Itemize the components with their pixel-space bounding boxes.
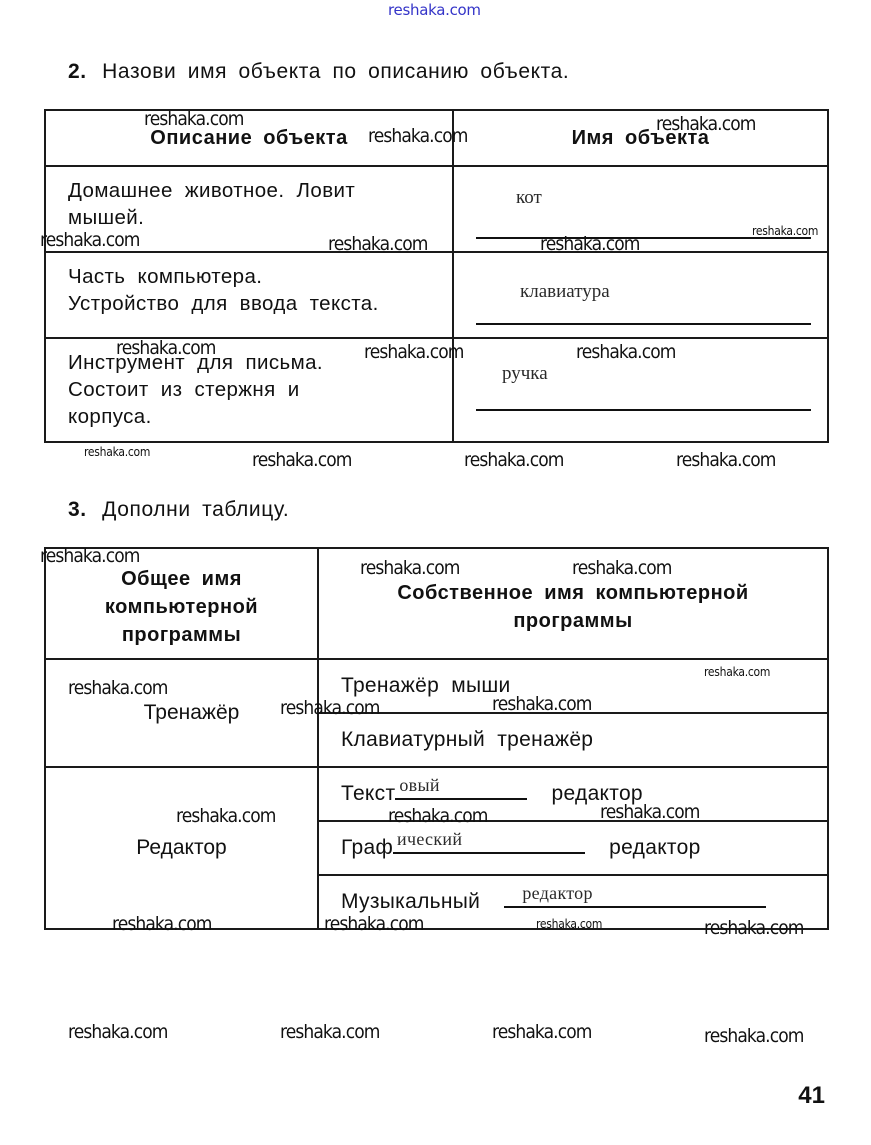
watermark: reshaka.com bbox=[600, 801, 700, 823]
general-name-cell: Тренажёр bbox=[45, 659, 318, 767]
watermark: reshaka.com bbox=[704, 917, 804, 939]
description-cell: Часть компьютера. Устройство для ввода т… bbox=[45, 252, 453, 338]
fill-in-blank[interactable]: ический bbox=[393, 830, 585, 854]
watermark: reshaka.com bbox=[704, 665, 770, 679]
answer-cell[interactable]: клавиатура bbox=[453, 252, 828, 338]
watermark: reshaka.com bbox=[360, 557, 460, 579]
watermark: reshaka.com bbox=[704, 1025, 804, 1047]
watermark: reshaka.com bbox=[464, 449, 564, 471]
general-name-cell: Редактор bbox=[45, 767, 318, 929]
answer-text: ручка bbox=[502, 363, 548, 385]
task3-instruction: Дополни таблицу. bbox=[102, 498, 289, 521]
task3-table: Общее имя компьютерной программы Собстве… bbox=[44, 547, 829, 930]
watermark: reshaka.com bbox=[576, 341, 676, 363]
watermark: reshaka.com bbox=[676, 449, 776, 471]
watermark: reshaka.com bbox=[364, 341, 464, 363]
table-row: Домашнее животное. Ловит мышей. кот bbox=[45, 166, 828, 252]
watermark: reshaka.com bbox=[656, 113, 756, 135]
table-row: Часть компьютера. Устройство для ввода т… bbox=[45, 252, 828, 338]
watermark: reshaka.com bbox=[176, 805, 276, 827]
watermark: reshaka.com bbox=[752, 224, 818, 238]
watermark: reshaka.com bbox=[572, 557, 672, 579]
watermark: reshaka.com bbox=[116, 337, 216, 359]
answer-line bbox=[476, 409, 811, 411]
watermark: reshaka.com bbox=[324, 913, 424, 935]
watermark: reshaka.com bbox=[40, 229, 140, 251]
watermark: reshaka.com bbox=[368, 125, 468, 147]
answer-cell[interactable]: кот bbox=[453, 166, 828, 252]
task2-heading: 2. Назови имя объекта по описанию объект… bbox=[68, 60, 569, 84]
watermark: reshaka.com bbox=[84, 445, 150, 459]
watermark: reshaka.com bbox=[40, 545, 140, 567]
watermark: reshaka.com bbox=[68, 1021, 168, 1043]
watermark: reshaka.com bbox=[252, 449, 352, 471]
watermark: reshaka.com bbox=[112, 913, 212, 935]
site-link[interactable]: reshaka.com bbox=[388, 1, 481, 19]
answer-line bbox=[476, 323, 811, 325]
fill-in-blank[interactable]: овый bbox=[395, 776, 527, 800]
task3-heading: 3. Дополни таблицу. bbox=[68, 498, 289, 522]
watermark: reshaka.com bbox=[68, 677, 168, 699]
watermark: reshaka.com bbox=[144, 108, 244, 130]
answer-text: кот bbox=[516, 187, 542, 209]
watermark: reshaka.com bbox=[492, 693, 592, 715]
watermark: reshaka.com bbox=[388, 805, 488, 827]
watermark: reshaka.com bbox=[328, 233, 428, 255]
watermark: reshaka.com bbox=[280, 697, 380, 719]
program-cell: Клавиатурный тренажёр bbox=[318, 713, 828, 767]
page-number: 41 bbox=[798, 1082, 825, 1110]
watermark: reshaka.com bbox=[280, 1021, 380, 1043]
program-cell: Графический редактор bbox=[318, 821, 828, 875]
task2-table: Описание объекта Имя объекта Домашнее жи… bbox=[44, 109, 829, 443]
task2-number: 2. bbox=[68, 60, 87, 83]
task2-instruction: Назови имя объекта по описанию объекта. bbox=[102, 60, 569, 83]
watermark: reshaka.com bbox=[540, 233, 640, 255]
watermark: reshaka.com bbox=[536, 917, 602, 931]
fill-in-blank[interactable]: редактор bbox=[504, 884, 766, 908]
watermark: reshaka.com bbox=[492, 1021, 592, 1043]
answer-text: клавиатура bbox=[520, 281, 610, 303]
task2-col-name: Имя объекта bbox=[453, 110, 828, 166]
task3-number: 3. bbox=[68, 498, 87, 521]
